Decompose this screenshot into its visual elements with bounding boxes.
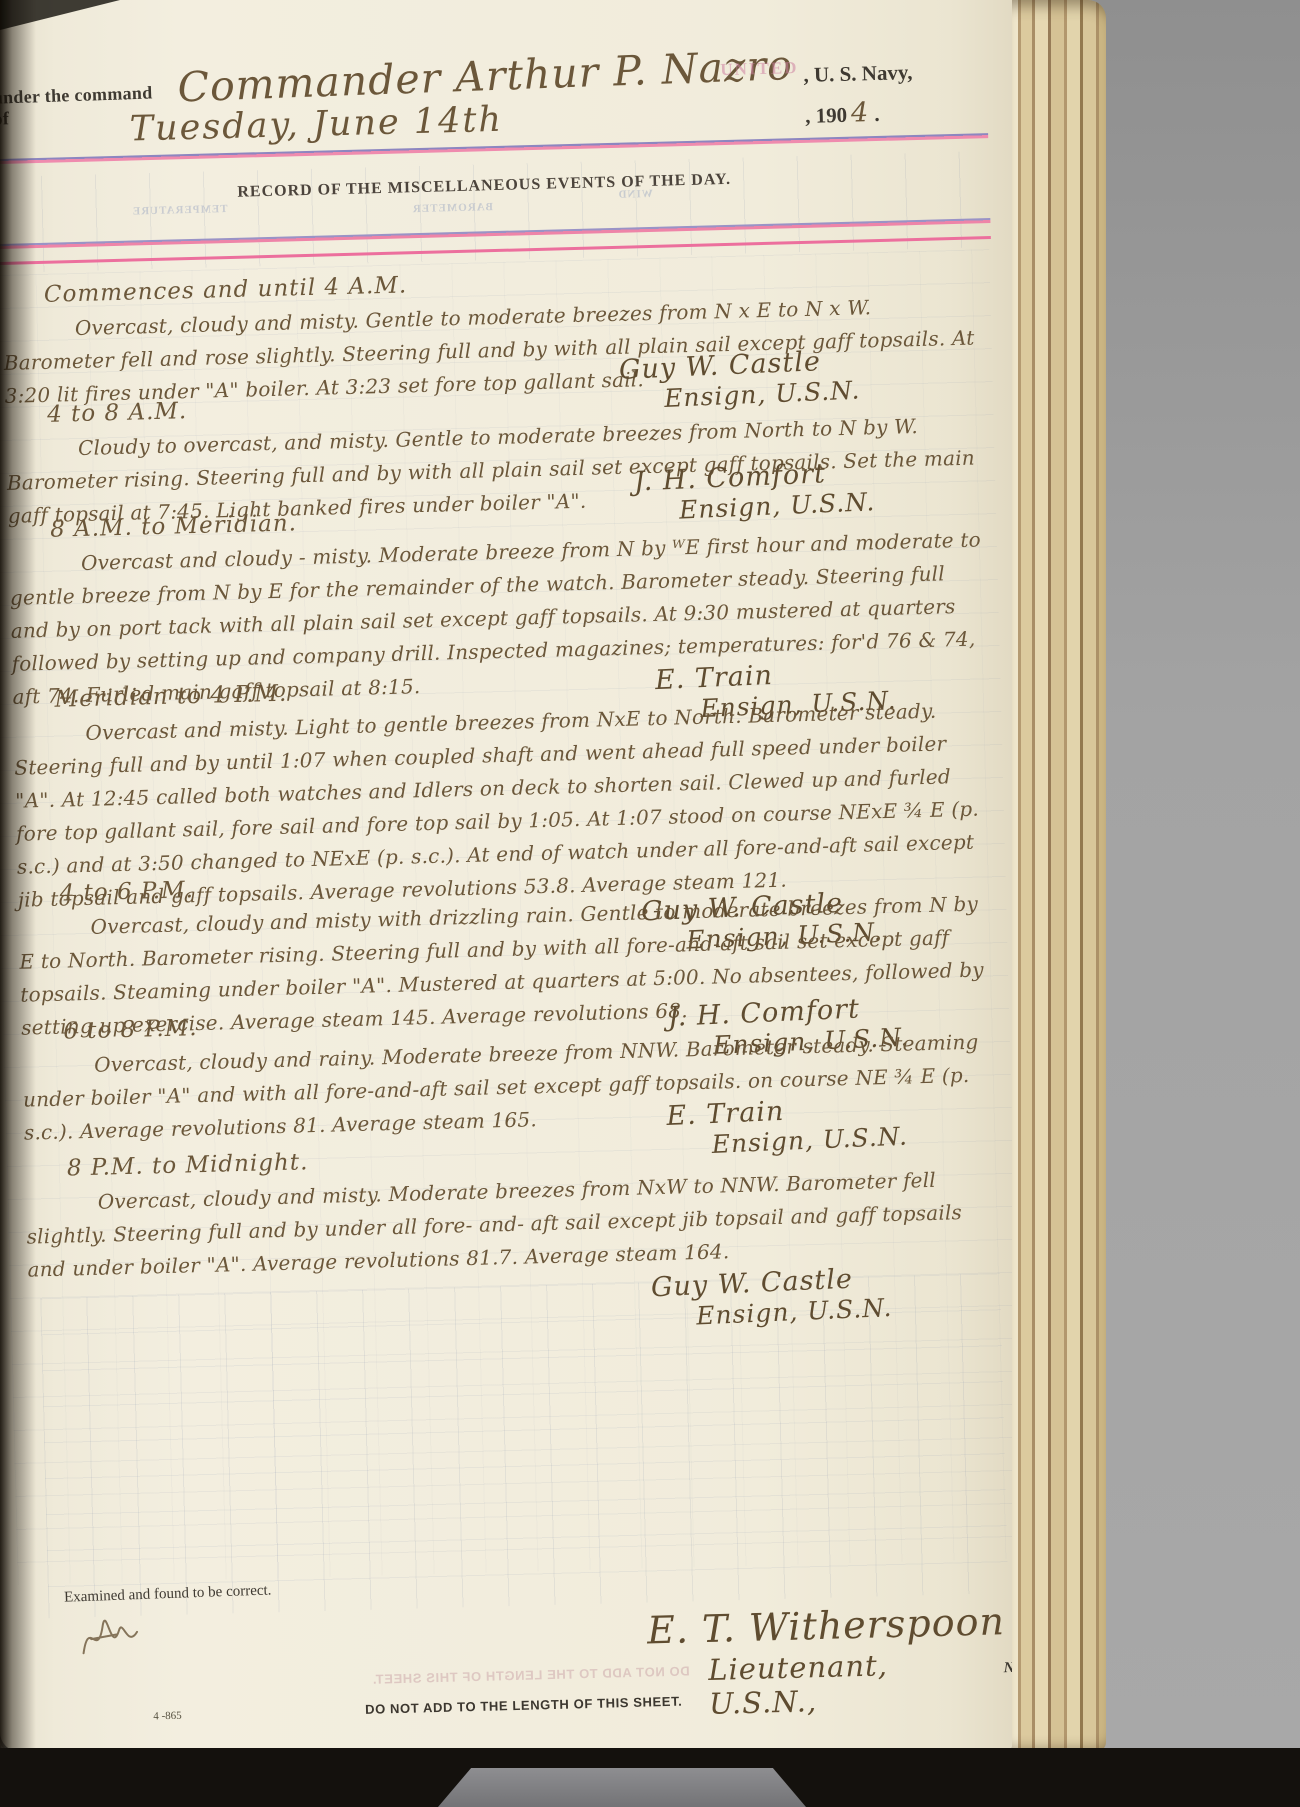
- entry-signature-block: Guy W. Castle Ensign, U.S.N.: [650, 1262, 893, 1332]
- navigator-signature-block: E. T. Witherspoon Lieutenant, U.S.N., Na…: [647, 1598, 1070, 1723]
- printed-us-navy-label: , U. S. Navy,: [803, 60, 913, 88]
- navigator-rank-handwritten: Lieutenant, U.S.N.,: [708, 1645, 999, 1721]
- printed-year-period: .: [874, 102, 880, 127]
- bleedthrough-word-wind: WIND: [617, 188, 652, 201]
- page-edge-stack: [1012, 0, 1106, 1752]
- year-digit-handwritten: 4: [851, 97, 869, 128]
- entry-8pm-to-midnight: 8 P.M. to Midnight. Overcast, cloudy and…: [25, 1131, 1005, 1346]
- bleedthrough-united-text: UNITED: [720, 58, 799, 80]
- bleedthrough-notice-mirror: DO NOT ADD TO THE LENGTH OF THIS SHEET.: [372, 1663, 690, 1686]
- form-number: 4 -865: [153, 1710, 182, 1723]
- date-handwritten: Tuesday, June 14th: [129, 100, 503, 150]
- page-content: under the command of Commander Arthur P.…: [0, 0, 1034, 1765]
- examiner-initials-scribble: [76, 1608, 148, 1670]
- bleedthrough-word-barometer: BAROMETER: [412, 201, 493, 215]
- printed-year-prefix: , 190: [805, 103, 848, 129]
- do-not-add-notice: DO NOT ADD TO THE LENGTH OF THIS SHEET.: [365, 1694, 683, 1717]
- logbook-page: under the command of Commander Arthur P.…: [0, 0, 1012, 1752]
- scanned-logbook-photo: under the command of Commander Arthur P.…: [0, 0, 1300, 1807]
- binding-shadow-left: [0, 0, 36, 1752]
- bleedthrough-word-temperature: TEMPERATURE: [132, 203, 228, 218]
- log-entries: Commences and until 4 A.M. Overcast, clo…: [0, 0, 969, 13]
- table-stand-shape: [438, 1768, 806, 1807]
- year-group: , 190 4 .: [805, 97, 880, 130]
